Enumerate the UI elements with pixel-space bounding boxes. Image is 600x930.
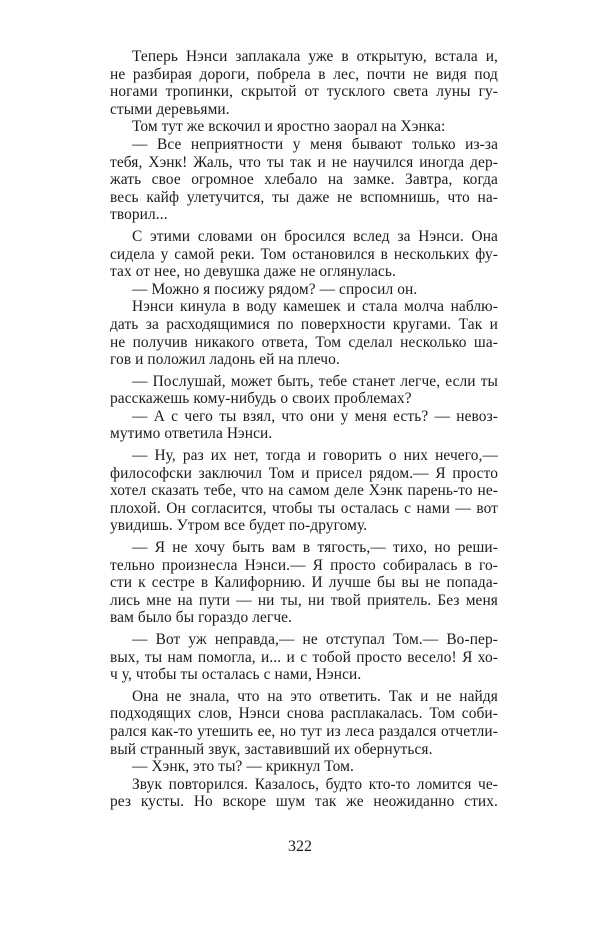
text-line: — А с чего ты взял, что они у меня есть?…: [110, 408, 498, 426]
text-line: Звук повторился. Казалось, будто кто-то …: [110, 776, 498, 794]
text-line: гов и положил ладонь ей на плечо.: [110, 351, 498, 369]
text-line: Теперь Нэнси заплакала уже в открытую, в…: [110, 48, 498, 66]
text-line: плохой. Он согласится, чтобы ты осталась…: [110, 500, 498, 518]
paragraph-13-dialogue: — Хэнк, это ты? — крикнул Том.: [110, 758, 498, 776]
text-line: вам было бы гораздо легче.: [110, 609, 498, 627]
paragraph-14: Звук повторился. Казалось, будто кто-то …: [110, 776, 498, 811]
text-line: С этими словами он бросился вслед за Нэн…: [110, 228, 498, 246]
text-line: Нэнси кинула в воду камешек и стала молч…: [110, 298, 498, 316]
text-line: вый странный звук, заставивший их оберну…: [110, 741, 498, 759]
text-line: — Можно я посижу рядом? — спросил он.: [110, 281, 498, 299]
text-line: Она не знала, что на это ответить. Так и…: [110, 688, 498, 706]
text-line: ногами тропинки, скрытой от тусклого све…: [110, 83, 498, 101]
text-line: рался как-то утешить ее, но тут из леса …: [110, 723, 498, 741]
text-line: дать за расходящимися по поверхности кру…: [110, 316, 498, 334]
text-line: весь кайф улетучится, ты даже не вспомни…: [110, 189, 498, 207]
text-line: — Я не хочу быть вам в тягость,— тихо, н…: [110, 539, 498, 557]
paragraph-1: Теперь Нэнси заплакала уже в открытую, в…: [110, 48, 498, 118]
text-line: — Послушай, может быть, тебе станет легч…: [110, 373, 498, 391]
text-line: подходящих слов, Нэнси снова расплакалас…: [110, 705, 498, 723]
text-line: творил...: [110, 206, 498, 224]
text-line: мутимо ответила Нэнси.: [110, 425, 498, 443]
text-line: Том тут же вскочил и яростно заорал на Х…: [110, 118, 498, 136]
paragraph-7-dialogue: — Послушай, может быть, тебе станет легч…: [110, 373, 498, 408]
paragraph-9-dialogue: — Ну, раз их нет, тогда и говорить о них…: [110, 447, 498, 535]
text-line: жать свое огромное хлебало на замке. Зав…: [110, 171, 498, 189]
book-page-text: Теперь Нэнси заплакала уже в открытую, в…: [110, 48, 498, 811]
text-line: тах от нее, но девушка даже не оглянулас…: [110, 263, 498, 281]
text-line: философски заключил Том и присел рядом.—…: [110, 465, 498, 483]
text-line: хотел сказать тебе, что на самом деле Хэ…: [110, 482, 498, 500]
text-line: — Все неприятности у меня бывают только …: [110, 136, 498, 154]
text-line: стыми деревьями.: [110, 101, 498, 119]
paragraph-8-dialogue: — А с чего ты взял, что они у меня есть?…: [110, 408, 498, 443]
paragraph-10-dialogue: — Я не хочу быть вам в тягость,— тихо, н…: [110, 539, 498, 627]
paragraph-11-dialogue: — Вот уж неправда,— не отступал Том.— Во…: [110, 631, 498, 684]
text-line: — Ну, раз их нет, тогда и говорить о них…: [110, 447, 498, 465]
text-line: увидишь. Утром все будет по-другому.: [110, 517, 498, 535]
text-line: сти к сестре в Калифорнию. И лучше бы вы…: [110, 574, 498, 592]
text-line: тельно произнесла Нэнси.— Я просто собир…: [110, 557, 498, 575]
text-line: вых, ты нам помогла, и... и с тобой прос…: [110, 649, 498, 667]
page-number: 322: [0, 838, 600, 856]
text-line: не получив никакого ответа, Том сделал н…: [110, 334, 498, 352]
paragraph-2: Том тут же вскочил и яростно заорал на Х…: [110, 118, 498, 136]
paragraph-3-dialogue: — Все неприятности у меня бывают только …: [110, 136, 498, 224]
paragraph-4: С этими словами он бросился вслед за Нэн…: [110, 228, 498, 281]
text-line: тебя, Хэнк! Жаль, что ты так и не научил…: [110, 154, 498, 172]
text-line: — Вот уж неправда,— не отступал Том.— Во…: [110, 631, 498, 649]
text-line: рез кусты. Но вскоре шум так же неожидан…: [110, 793, 498, 811]
text-line: не разбирая дороги, побрела в лес, почти…: [110, 66, 498, 84]
paragraph-12: Она не знала, что на это ответить. Так и…: [110, 688, 498, 758]
paragraph-6: Нэнси кинула в воду камешек и стала молч…: [110, 298, 498, 368]
text-line: лись мне на пути — ни ты, ни твой прияте…: [110, 592, 498, 610]
text-line: ч у, чтобы ты осталась с нами, Нэнси.: [110, 666, 498, 684]
text-line: расскажешь кому-нибудь о своих проблемах…: [110, 390, 498, 408]
text-line: сидела у самой реки. Том остановился в н…: [110, 246, 498, 264]
paragraph-5-dialogue: — Можно я посижу рядом? — спросил он.: [110, 281, 498, 299]
text-line: — Хэнк, это ты? — крикнул Том.: [110, 758, 498, 776]
